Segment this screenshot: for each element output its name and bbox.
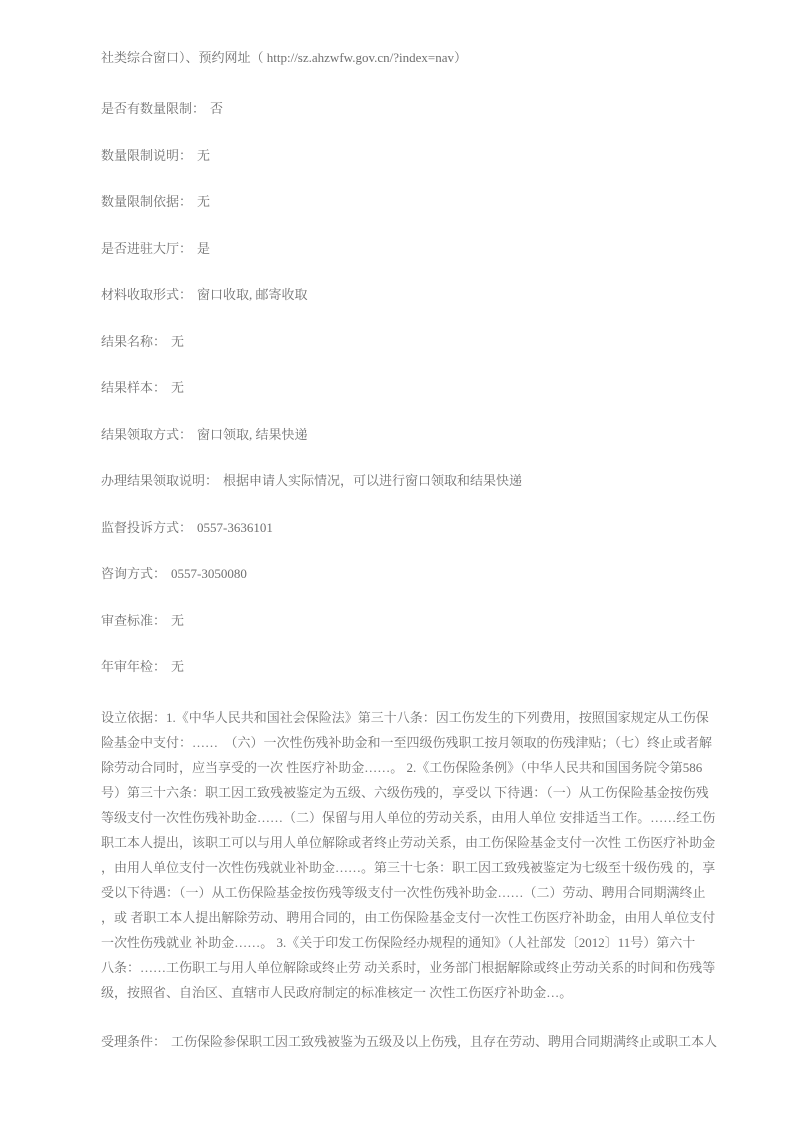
paragraph-line: 除劳动合同时，应当享受的一次 性医疗补助金……。 2.《工伤保险条例》（中华人民… <box>101 755 741 780</box>
field-label: 结果领取方式： <box>101 427 192 442</box>
acceptance-condition-line: 受理条件：工伤保险参保职工因工致残被鉴为五级及以上伤残，且存在劳动、聘用合同期满… <box>101 1032 741 1052</box>
field-value: 是 <box>192 241 210 256</box>
field-label: 数量限制说明： <box>101 148 192 163</box>
field-line-complaint-phone: 监督投诉方式：0557-3636101 <box>101 518 741 538</box>
field-line-annual-inspection: 年审年检：无 <box>101 657 741 677</box>
field-line-consult-phone: 咨询方式：0557-3050080 <box>101 564 741 584</box>
field-label: 数量限制依据： <box>101 194 192 209</box>
field-label: 是否有数量限制： <box>101 101 205 116</box>
field-line-result-name: 结果名称：无 <box>101 332 741 352</box>
field-value: 无 <box>166 334 184 349</box>
field-line-result-pickup-method: 结果领取方式：窗口领取, 结果快递 <box>101 425 741 445</box>
field-line-quantity-limit: 是否有数量限制：否 <box>101 99 741 119</box>
field-value: 0557-3050080 <box>166 566 247 581</box>
field-value: 根据申请人实际情况，可以进行窗口领取和结果快递 <box>218 473 522 488</box>
field-label: 年审年检： <box>101 659 166 674</box>
field-label: 结果名称： <box>101 334 166 349</box>
field-line-quantity-limit-basis: 数量限制依据：无 <box>101 192 741 212</box>
field-line-review-standard: 审查标准：无 <box>101 611 741 631</box>
field-label: 办理结果领取说明： <box>101 473 218 488</box>
field-value: 无 <box>192 148 210 163</box>
field-value: 否 <box>205 101 223 116</box>
field-label: 材料收取形式： <box>101 287 192 302</box>
paragraph-line: 职工本人提出，该职工可以与用人单位解除或者终止劳动关系，由工伤保险基金支付一次性… <box>101 830 741 855</box>
field-label: 受理条件： <box>101 1034 166 1049</box>
field-value: 窗口收取, 邮寄收取 <box>192 287 308 302</box>
paragraph-line: ，由用人单位支付一次性伤残就业补助金……。第三十七条：职工因工致残被鉴定为七级至… <box>101 855 741 880</box>
field-value: 0557-3636101 <box>192 520 273 535</box>
continuation-line: 社类综合窗口）、预约网址（ http://sz.ahzwfw.gov.cn/?i… <box>101 48 741 68</box>
paragraph-line: 号）第三十六条：职工因工致残被鉴定为五级、六级伤残的，享受以 下待遇：（一）从工… <box>101 780 741 805</box>
field-value: 无 <box>166 380 184 395</box>
field-label: 结果样本： <box>101 380 166 395</box>
field-value: 无 <box>166 659 184 674</box>
field-label: 监督投诉方式： <box>101 520 192 535</box>
field-line-result-sample: 结果样本：无 <box>101 378 741 398</box>
field-line-material-collection: 材料收取形式：窗口收取, 邮寄收取 <box>101 285 741 305</box>
field-value: 无 <box>166 613 184 628</box>
field-label: 审查标准： <box>101 613 166 628</box>
field-value: 窗口领取, 结果快递 <box>192 427 308 442</box>
field-line-quantity-limit-note: 数量限制说明：无 <box>101 146 741 166</box>
paragraph-line: 一次性伤残就业 补助金……。 3.《关于印发工伤保险经办规程的通知》（人社部发〔… <box>101 930 741 955</box>
paragraph-line: 受以下待遇：（一）从工伤保险基金按伤残等级支付一次性伤残补助金……（二）劳动、聘… <box>101 880 741 905</box>
field-line-result-pickup-note: 办理结果领取说明：根据申请人实际情况，可以进行窗口领取和结果快递 <box>101 471 741 491</box>
legal-basis-paragraph: 设立依据：1.《中华人民共和国社会保险法》第三十八条：因工伤发生的下列费用，按照… <box>101 705 741 1005</box>
field-label: 咨询方式： <box>101 566 166 581</box>
field-line-in-hall: 是否进驻大厅：是 <box>101 239 741 259</box>
field-value: 工伤保险参保职工因工致残被鉴为五级及以上伤残，且存在劳动、聘用合同期满终止或职工… <box>166 1034 717 1049</box>
paragraph-line: 等级支付一次性伤残补助金……（二）保留与用人单位的劳动关系，由用人单位 安排适当… <box>101 805 741 830</box>
document-page: 社类综合窗口）、预约网址（ http://sz.ahzwfw.gov.cn/?i… <box>101 0 741 1052</box>
paragraph-line: ，或 者职工本人提出解除劳动、聘用合同的，由工伤保险基金支付一次性工伤医疗补助金… <box>101 905 741 930</box>
paragraph-line: 八条：……工伤职工与用人单位解除或终止劳 动关系时，业务部门根据解除或终止劳动关… <box>101 955 741 980</box>
paragraph-line: 设立依据：1.《中华人民共和国社会保险法》第三十八条：因工伤发生的下列费用，按照… <box>101 705 741 730</box>
field-value: 无 <box>192 194 210 209</box>
field-label: 是否进驻大厅： <box>101 241 192 256</box>
paragraph-line: 级，按照省、自治区、直辖市人民政府制定的标准核定一 次性工伤医疗补助金…。 <box>101 980 741 1005</box>
paragraph-line: 险基金中支付：…… （六）一次性伤残补助金和一至四级伤残职工按月领取的伤残津贴；… <box>101 730 741 755</box>
